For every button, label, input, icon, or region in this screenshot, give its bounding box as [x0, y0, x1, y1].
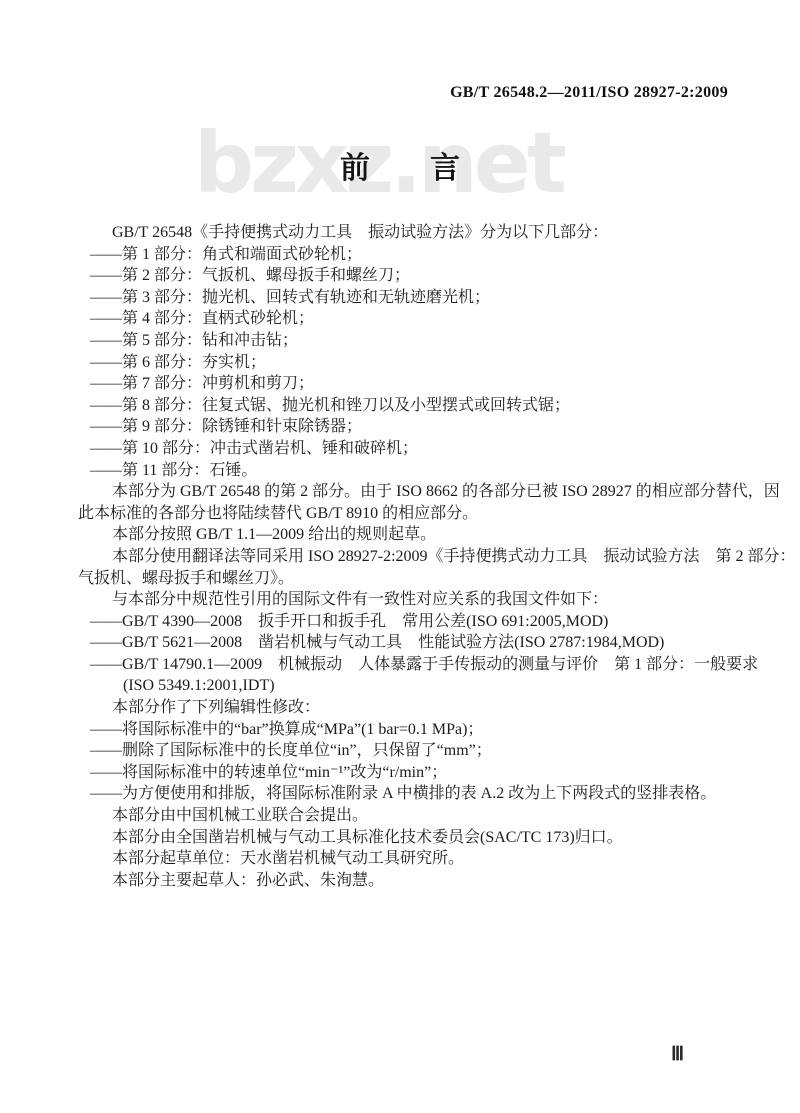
text-line: ——GB/T 14790.1—2009 机械振动 人体暴露于手传振动的测量与评价…: [78, 654, 758, 676]
text-line: ——GB/T 4390—2008 扳手开口和扳手孔 常用公差(ISO 691:2…: [78, 611, 758, 633]
standard-code: GB/T 26548.2—2011/ISO 28927-2:2009: [450, 84, 728, 102]
page-number: Ⅲ: [671, 1043, 684, 1066]
page-title: 前 言: [0, 143, 800, 187]
text-line: 此本标准的各部分也将陆续替代 GB/T 8910 的相应部分。: [78, 503, 758, 525]
text-line: ——删除了国际标准中的长度单位“in”，只保留了“mm”；: [78, 740, 758, 762]
text-line: 本部分按照 GB/T 1.1—2009 给出的规则起草。: [78, 524, 758, 546]
text-line: ——为方便使用和排版，将国际标准附录 A 中横排的表 A.2 改为上下两段式的竖…: [78, 783, 758, 805]
text-line: GB/T 26548《手持便携式动力工具 振动试验方法》分为以下几部分：: [78, 222, 758, 244]
document-page: GB/T 26548.2—2011/ISO 28927-2:2009 bzxz.…: [0, 0, 800, 1113]
text-line: ——第 10 部分：冲击式凿岩机、锤和破碎机；: [78, 438, 758, 460]
text-line: 本部分由中国机械工业联合会提出。: [78, 805, 758, 827]
text-line: ——第 5 部分：钻和冲击钻；: [78, 330, 758, 352]
text-line: ——第 11 部分：石锤。: [78, 460, 758, 482]
text-line: ——第 9 部分：除锈锤和针束除锈器；: [78, 416, 758, 438]
text-line: 本部分使用翻译法等同采用 ISO 28927-2:2009《手持便携式动力工具 …: [78, 546, 758, 568]
text-line: (ISO 5349.1:2001,IDT): [78, 675, 758, 697]
text-line: ——第 4 部分：直柄式砂轮机；: [78, 308, 758, 330]
text-line: 气扳机、螺母扳手和螺丝刀》。: [78, 568, 758, 590]
text-line: ——GB/T 5621—2008 凿岩机械与气动工具 性能试验方法(ISO 27…: [78, 632, 758, 654]
body-text: GB/T 26548《手持便携式动力工具 振动试验方法》分为以下几部分：——第 …: [78, 222, 758, 891]
text-line: ——第 8 部分：往复式锯、抛光机和锉刀以及小型摆式或回转式锯；: [78, 395, 758, 417]
text-line: 本部分作了下列编辑性修改：: [78, 697, 758, 719]
text-line: ——第 6 部分：夯实机；: [78, 352, 758, 374]
text-line: 本部分主要起草人：孙必武、朱洵慧。: [78, 870, 758, 892]
text-line: ——第 2 部分：气扳机、螺母扳手和螺丝刀；: [78, 265, 758, 287]
text-line: ——将国际标准中的“bar”换算成“MPa”(1 bar=0.1 MPa)；: [78, 719, 758, 741]
text-line: ——将国际标准中的转速单位“min⁻¹”改为“r/min”；: [78, 762, 758, 784]
text-line: ——第 7 部分：冲剪机和剪刀；: [78, 373, 758, 395]
text-line: 本部分由全国凿岩机械与气动工具标准化技术委员会(SAC/TC 173)归口。: [78, 827, 758, 849]
text-line: 与本部分中规范性引用的国际文件有一致性对应关系的我国文件如下：: [78, 589, 758, 611]
text-line: ——第 3 部分：抛光机、回转式有轨迹和无轨迹磨光机；: [78, 287, 758, 309]
text-line: 本部分为 GB/T 26548 的第 2 部分。由于 ISO 8662 的各部分…: [78, 481, 758, 503]
text-line: 本部分起草单位：天水凿岩机械气动工具研究所。: [78, 848, 758, 870]
text-line: ——第 1 部分：角式和端面式砂轮机；: [78, 244, 758, 266]
